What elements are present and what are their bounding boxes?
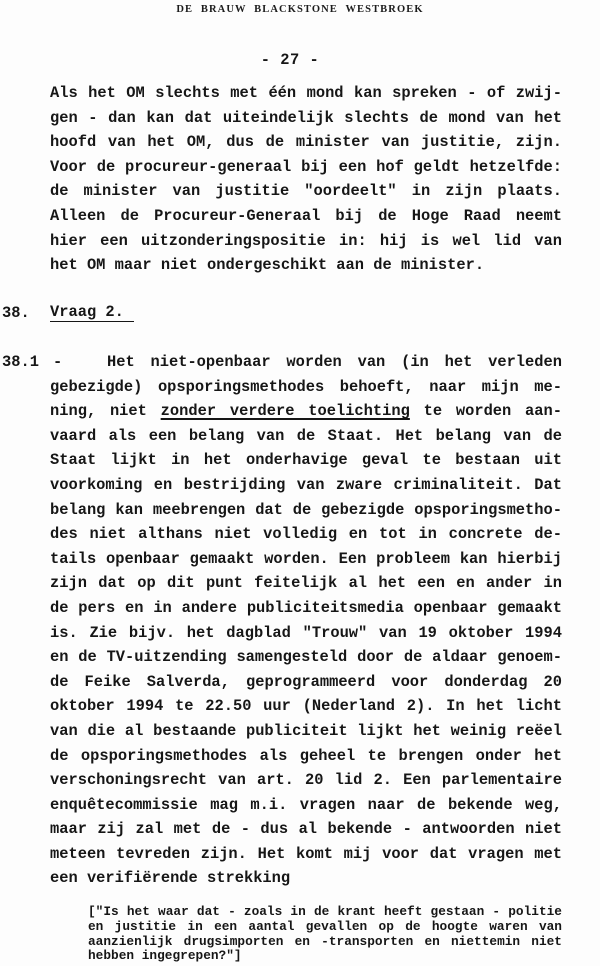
text-line: de pers en in andere publiciteitsmedia o…: [50, 596, 562, 621]
text-line: de Feike Salverda, geprogrammeerd voor d…: [50, 670, 562, 695]
text-line: het OM maar niet ondergeschikt aan de mi…: [50, 253, 562, 278]
section-38-heading: 38. Vraag 2.: [0, 301, 562, 326]
text-line: hebben ingegrepen?"]: [88, 949, 562, 964]
text-line: oktober 1994 te 22.50 uur (Nederland 2).…: [50, 694, 562, 719]
text-line: ning, niet zonder verdere toelichting te…: [50, 399, 562, 424]
intro-paragraph: Als het OM slechts met één mond kan spre…: [50, 81, 562, 278]
section-38-1: 38.1 -Het niet-openbaar worden van (in h…: [0, 350, 562, 891]
text-line: en de TV-uitzending samengesteld door de…: [50, 645, 562, 670]
text-line: gen - dan kan dat uiteindelijk slechts d…: [50, 106, 562, 131]
text-line: maar zij zal met de - dus al bekende - a…: [50, 817, 562, 842]
text-line: ["Is het waar dat - zoals in de krant he…: [88, 905, 562, 920]
text-line: gebezigde) opsporingsmethodes behoeft, n…: [50, 375, 562, 400]
text-line: Staat lijkt in het onderhavige geval te …: [50, 448, 562, 473]
text-line: verschoningsrecht van art. 20 lid 2. Een…: [50, 768, 562, 793]
text-line: Voor de procureur-generaal bij een hof g…: [50, 155, 562, 180]
text-line: belang kan meebrengen dat de gebezigde o…: [50, 498, 562, 523]
text-line: aanzienlijk drugsimporten en -transporte…: [88, 935, 562, 950]
subsection-paragraph: -Het niet-openbaar worden van (in het ve…: [50, 350, 562, 891]
text-line: is. Zie bijv. het dagblad "Trouw" van 19…: [50, 621, 562, 646]
footnote-quote: ["Is het waar dat - zoals in de krant he…: [88, 905, 562, 964]
subsection-number: 38.1: [2, 350, 39, 375]
text-line: en justitie in een aantal gevallen op de…: [88, 920, 562, 935]
text-line: des niet althans niet volledig en tot in…: [50, 522, 562, 547]
text-line: de minister van justitie "oordeelt" in z…: [50, 179, 562, 204]
letterhead-firm-name: DE BRAUW BLACKSTONE WESTBROEK: [0, 4, 600, 15]
text-line: een verifiërende strekking: [50, 866, 562, 891]
text-line: voorkoming en bestrijding van zware crim…: [50, 473, 562, 498]
text-line: -Het niet-openbaar worden van (in het ve…: [50, 350, 562, 375]
text-line: meteen tevreden zijn. Het komt mij voor …: [50, 842, 562, 867]
list-item-dash: -: [53, 350, 62, 375]
text-segment: Het niet-openbaar worden van (in het ver…: [107, 353, 562, 371]
text-line: vaard als een belang van de Staat. Het b…: [50, 424, 562, 449]
document-page: DE BRAUW BLACKSTONE WESTBROEK - 27 - Als…: [0, 0, 600, 966]
text-line: hoofd van het OM, dus de minister van ju…: [50, 130, 562, 155]
text-line: enquêtecommissie mag m.i. vragen naar de…: [50, 793, 562, 818]
text-line: de opsporingsmethodes als geheel te bren…: [50, 744, 562, 769]
text-line: Als het OM slechts met één mond kan spre…: [50, 81, 562, 106]
text-segment: te worden aan-: [410, 402, 562, 420]
text-line: hier een uitzonderingspositie in: hij is…: [50, 229, 562, 254]
section-number: 38.: [2, 301, 30, 326]
text-line: Alleen de Procureur-Generaal bij de Hoge…: [50, 204, 562, 229]
underlined-text: zonder verdere toelichting: [161, 402, 410, 420]
text-line: van die al bestaande publiciteit lijkt h…: [50, 719, 562, 744]
text-line: tails openbaar gemaakt worden. Een probl…: [50, 547, 562, 572]
section-title: Vraag 2.: [50, 304, 134, 322]
text-line: zijn dat op dit punt feitelijk al het ee…: [50, 571, 562, 596]
page-number: - 27 -: [50, 48, 530, 73]
text-segment: ning, niet: [50, 402, 161, 420]
